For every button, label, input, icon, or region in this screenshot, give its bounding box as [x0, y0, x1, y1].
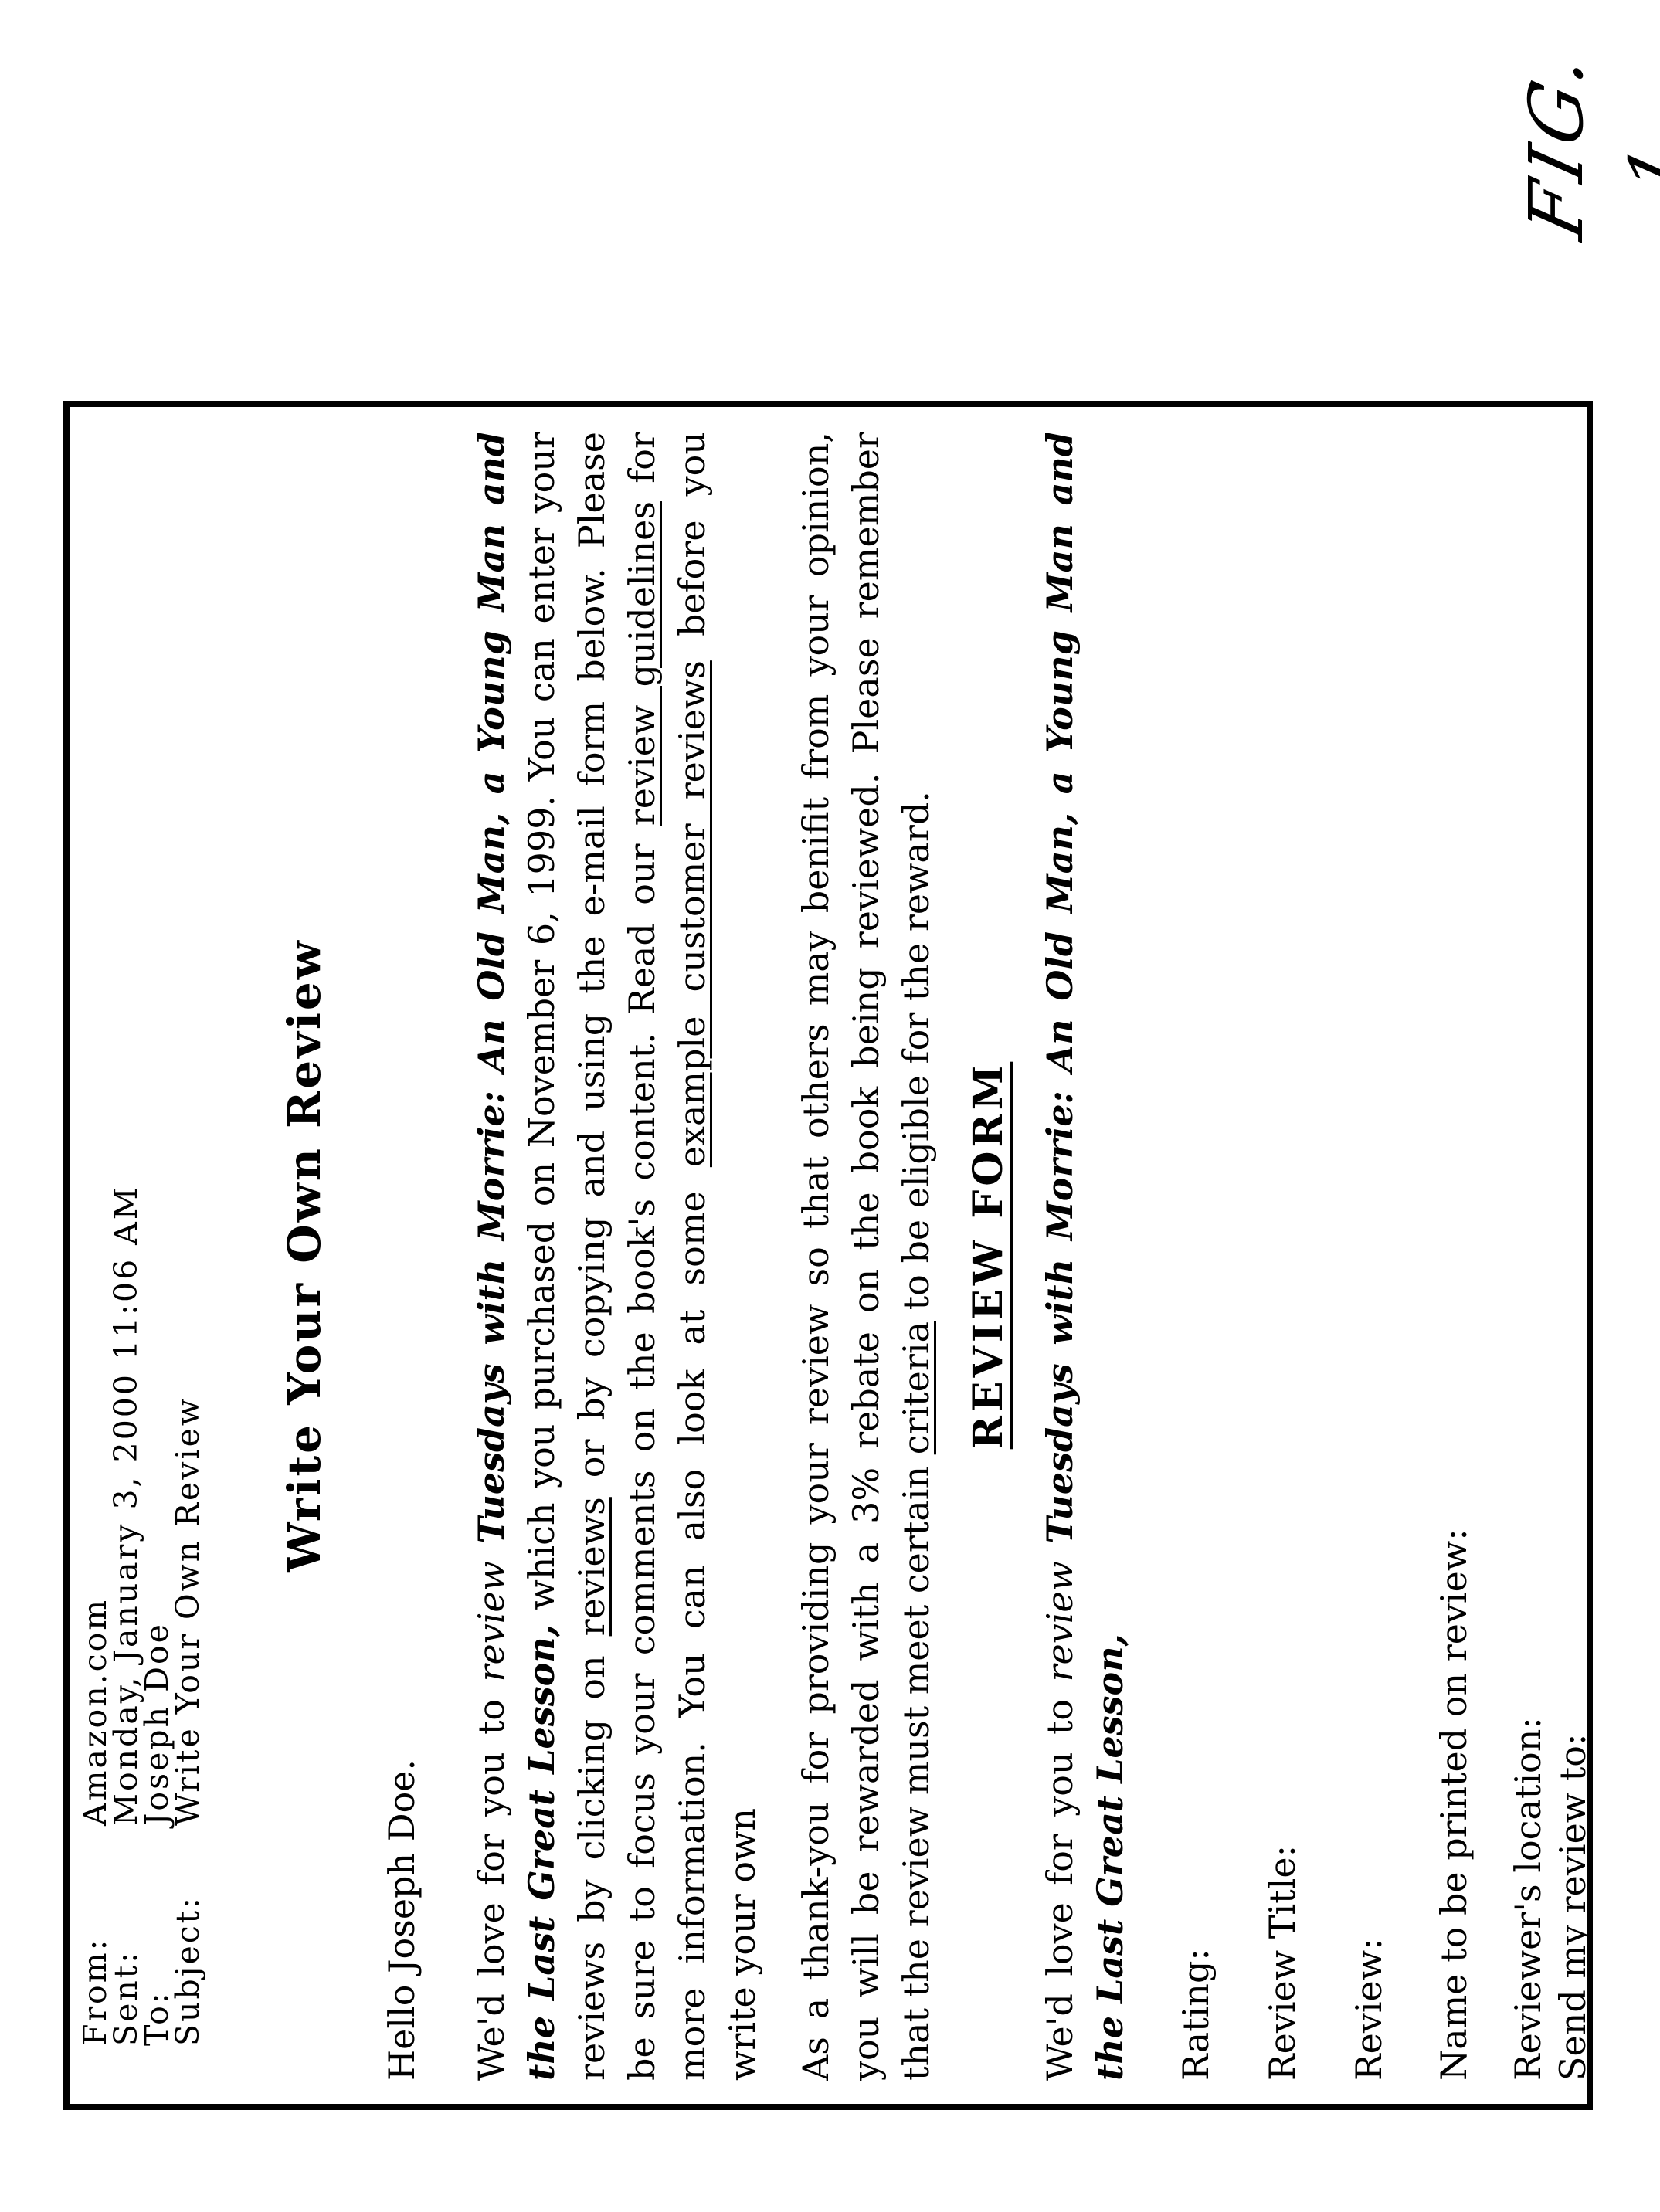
email-title-text: Write Your Own Review — [278, 938, 331, 1572]
para1-l1-text: We'd love for you to — [470, 1682, 512, 2081]
para3-line1: We'd love for you to review Tuesdays wit… — [1037, 432, 1083, 2081]
field-review-title[interactable]: Review Title: — [1259, 432, 1305, 2081]
para1-line3: reviews by clicking on reviews or by cop… — [569, 432, 615, 2081]
field-reviewer-location-label: Reviewer's location: — [1507, 1717, 1549, 2081]
field-rating[interactable]: Rating: — [1173, 432, 1219, 2081]
para2-l2-text: you will be rewarded with a 3% rebate on… — [845, 432, 887, 2081]
link-reviews[interactable]: reviews — [571, 1497, 613, 1636]
link-review-guidelines[interactable]: review guidelines — [621, 501, 663, 826]
field-name-on-review-label: Name to be printed on review: — [1433, 1528, 1475, 2081]
para1-l3-text: reviews by clicking on — [571, 1636, 613, 2081]
para1-l3-text2: or by copying and using the e-mail form … — [571, 432, 613, 1497]
header-row-to: To: Joseph Doe — [141, 407, 175, 2104]
para2-l1-text: As a thank-you for providing your review… — [795, 432, 837, 2081]
para1-l4-text2: for — [621, 432, 663, 501]
subject-label: Subject: — [171, 1895, 204, 2046]
figure-label-text: FIG. 1 — [1513, 39, 1660, 246]
book-title-part1-repeat: Tuesdays with Morrie: An Old Man, a Youn… — [1039, 432, 1081, 1544]
field-rating-label: Rating: — [1175, 1949, 1217, 2081]
para1-line6: write your own — [719, 432, 766, 2081]
field-review-label: Review: — [1348, 1938, 1390, 2081]
header-row-subject: Subject: Write Your Own Review — [171, 407, 205, 2104]
field-review-title-label: Review Title: — [1261, 1845, 1303, 2081]
field-send-review-to-label: Send my review to: — [1552, 1734, 1594, 2081]
para1-l6-text: write your own — [721, 1808, 763, 2081]
to-label: To: — [141, 1990, 173, 2046]
para1-line5: more information. You can also look at s… — [669, 432, 715, 2081]
book-title-part2: the Last Great Lesson, — [521, 1624, 562, 2081]
para1-l5-text2: before you — [671, 432, 713, 660]
email-title: Write Your Own Review — [280, 407, 329, 2104]
para1-line1: We'd love for you to review Tuesdays wit… — [468, 432, 514, 2081]
email-box: From: Amazon.com Sent: Monday, January 3… — [63, 401, 1593, 2110]
subject-value: Write Your Own Review — [171, 1396, 204, 1826]
book-title-part2-repeat: the Last Great Lesson, — [1089, 1634, 1131, 2081]
from-label: From: — [79, 1938, 111, 2046]
para2-l3-text: that the review must meet certain — [895, 1454, 937, 2081]
para3-l1-text: We'd love for you to — [1039, 1682, 1081, 2081]
sent-value: Monday, January 3, 2000 11:06 AM — [110, 1185, 142, 1826]
link-example-customer-reviews[interactable]: example customer reviews — [671, 660, 713, 1167]
review-form-heading-text: REVIEW FORM — [965, 1062, 1012, 1450]
header-row-sent: Sent: Monday, January 3, 2000 11:06 AM — [110, 407, 144, 2104]
greeting: Hello Joseph Doe. — [379, 432, 425, 2081]
para1-line4: be sure to focus your comments on the bo… — [619, 432, 665, 2081]
field-name-on-review[interactable]: Name to be printed on review: — [1431, 432, 1477, 2081]
field-review[interactable]: Review: — [1346, 432, 1392, 2081]
sent-label: Sent: — [110, 1950, 142, 2046]
link-criteria[interactable]: criteria — [895, 1321, 937, 1454]
patent-sheet: FIG. 1 From: Amazon.com Sent: Monday, Ja… — [0, 0, 1660, 2212]
from-value: Amazon.com — [79, 1598, 111, 1826]
para1-l2-text: which you purchased on November 6, 1999.… — [521, 432, 562, 1624]
para1-review-italic: review — [470, 1561, 512, 1682]
para2-line2: you will be rewarded with a 3% rebate on… — [843, 432, 889, 2081]
para3-review-italic: review — [1039, 1561, 1081, 1682]
email-content: From: Amazon.com Sent: Monday, January 3… — [70, 407, 1587, 2104]
para1-l5-text: more information. You can also look at s… — [671, 1167, 713, 2081]
para1-space — [470, 1544, 512, 1561]
para2-l3-text2: to be eligible for the reward. — [895, 791, 937, 1321]
field-reviewer-location[interactable]: Reviewer's location: — [1505, 432, 1551, 2081]
para1-line2: the Last Great Lesson, which you purchas… — [518, 432, 565, 2081]
book-title-part1: Tuesdays with Morrie: An Old Man, a Youn… — [470, 432, 512, 1544]
field-send-review-to[interactable]: Send my review to: — [1550, 432, 1596, 2081]
para2-line1: As a thank-you for providing your review… — [793, 432, 839, 2081]
para2-line3: that the review must meet certain criter… — [893, 432, 939, 2081]
greeting-text: Hello Joseph Doe. — [381, 1759, 423, 2081]
review-form-heading: REVIEW FORM — [966, 407, 1012, 2104]
para1-l4-text: be sure to focus your comments on the bo… — [621, 826, 663, 2081]
figure-label: FIG. 1 — [1506, 0, 1607, 298]
to-value: Joseph Doe — [141, 1622, 173, 1826]
para3-line2: the Last Great Lesson, — [1087, 432, 1133, 2081]
para3-space — [1039, 1544, 1081, 1561]
